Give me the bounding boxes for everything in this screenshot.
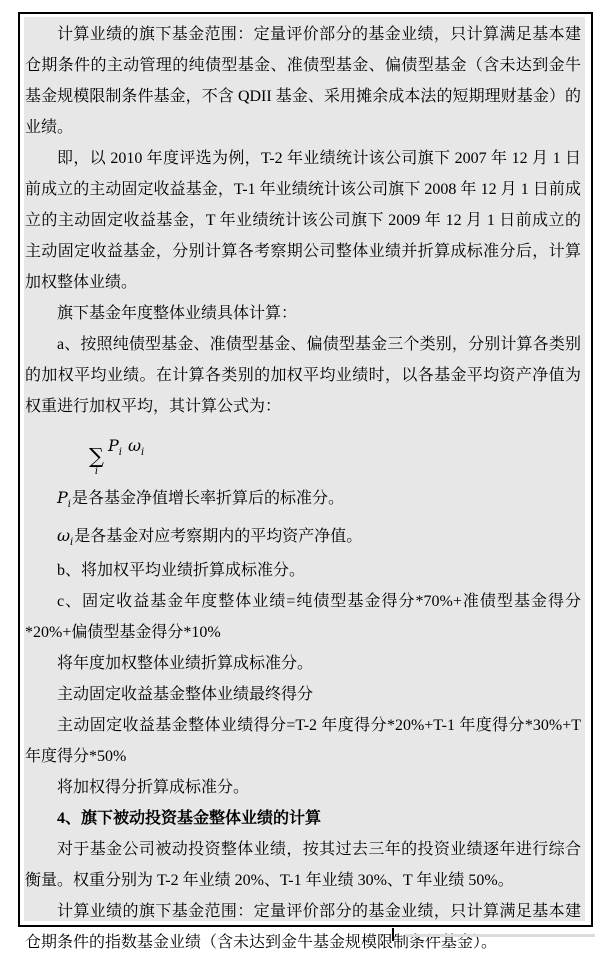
- paragraph-final-score-title: 主动固定收益基金整体业绩最终得分: [25, 679, 581, 710]
- section-heading-4: 4、旗下被动投资基金整体业绩的计算: [25, 803, 581, 834]
- paragraph-fund-scope-index: 计算业绩的旗下基金范围：定量评价部分的基金业绩，只计算满足基本建仓期条件的指数基…: [25, 896, 581, 953]
- next-box-left-border-fragment: [392, 928, 394, 941]
- paragraph-final-score-formula: 主动固定收益基金整体业绩得分=T-2 年度得分*20%+T-1 年度得分*30%…: [25, 710, 581, 772]
- weighted-average-formula: ∑iPiωi: [25, 426, 581, 477]
- paragraph-fund-scope-active: 计算业绩的旗下基金范围：定量评价部分的基金业绩，只计算满足基本建仓期条件的主动管…: [25, 19, 581, 143]
- document-shaded-content: 计算业绩的旗下基金范围：定量评价部分的基金业绩，只计算满足基本建仓期条件的主动管…: [24, 17, 585, 921]
- section-heading-title: 旗下被动投资基金整体业绩的计算: [81, 810, 321, 827]
- paragraph-step-b: b、将加权平均业绩折算成标准分。: [25, 555, 581, 586]
- definition-p-text: 是各基金净值增长率折算后的标准分。: [72, 490, 344, 507]
- variable-p: Pi: [57, 488, 71, 507]
- paragraph-yearly-calc-intro: 旗下基金年度整体业绩具体计算：: [25, 298, 581, 329]
- section-heading-number: 4、: [57, 810, 81, 827]
- formula-term-omega: ωi: [128, 436, 144, 455]
- paragraph-convert-standard-score: 将年度加权整体业绩折算成标准分。: [25, 648, 581, 679]
- paragraph-example-2010: 即，以 2010 年度评选为例，T-2 年业绩统计该公司旗下 2007 年 12…: [25, 143, 581, 298]
- formula-term-p: Pi: [108, 436, 122, 455]
- sigma-symbol: ∑i: [57, 446, 104, 477]
- definition-p: Pi是各基金净值增长率折算后的标准分。: [25, 479, 581, 517]
- definition-omega: ωi是各基金对应考察期内的平均资产净值。: [25, 517, 581, 555]
- paragraph-step-a: a、按照纯债型基金、准债型基金、偏债型基金三个类别，分别计算各类别的加权平均业绩…: [25, 329, 581, 422]
- variable-omega: ωi: [57, 526, 73, 545]
- paragraph-passive-overview: 对于基金公司被动投资整体业绩，按其过去三年的投资业绩逐年进行综合衡量。权重分别为…: [25, 834, 581, 896]
- next-box-gray-line-fragment: [405, 934, 595, 937]
- sigma-glyph: ∑: [57, 446, 104, 467]
- sigma-subscript: i: [63, 467, 98, 477]
- paragraph-step-c: c、固定收益基金年度整体业绩=纯债型基金得分*70%+准债型基金得分*20%+偏…: [25, 586, 581, 648]
- definition-omega-text: 是各基金对应考察期内的平均资产净值。: [74, 528, 362, 545]
- document-text-box: 计算业绩的旗下基金范围：定量评价部分的基金业绩，只计算满足基本建仓期条件的主动管…: [18, 12, 593, 927]
- paragraph-weighted-score-convert: 将加权得分折算成标准分。: [25, 772, 581, 803]
